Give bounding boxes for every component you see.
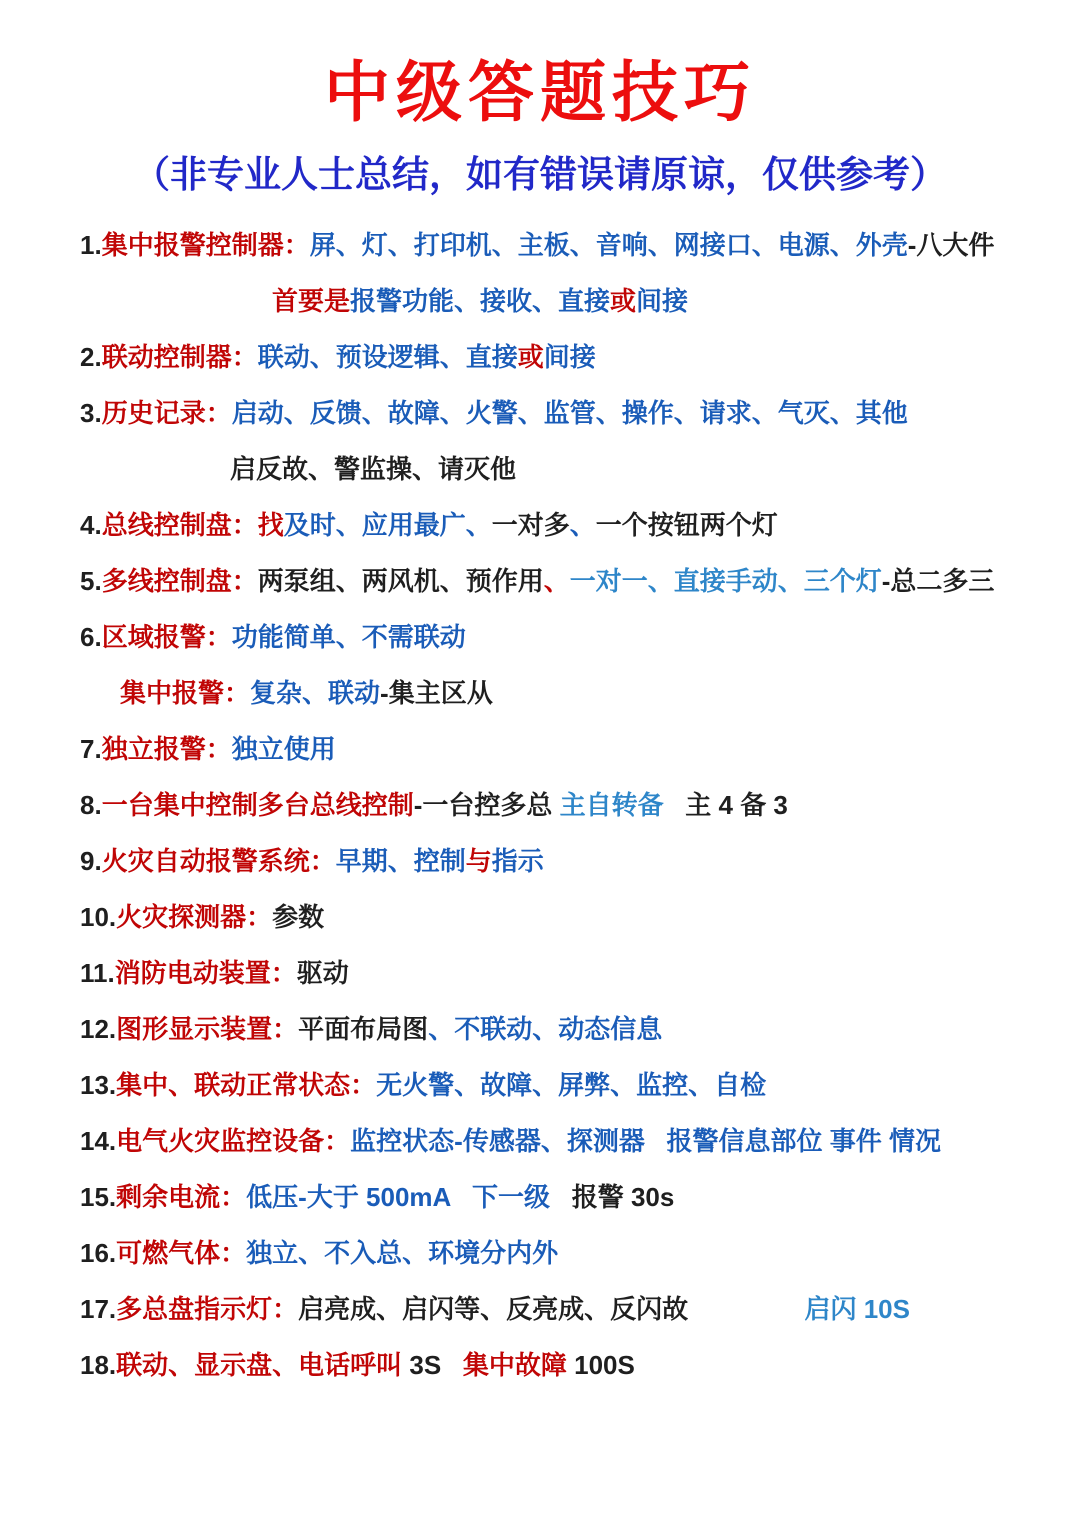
- text-segment: 启动、反馈、故障、火警、监管、操作、请求、气灭、其他: [232, 398, 908, 428]
- text-segment: 指示: [492, 846, 544, 876]
- text-segment: 剩余电流：: [116, 1182, 246, 1212]
- text-segment: 集中、联动正常状态：: [116, 1070, 376, 1100]
- text-segment: 一台集中控制多台总线控制: [102, 790, 414, 820]
- text-segment: 火灾探测器：: [116, 902, 272, 932]
- text-segment: 独立报警：: [102, 734, 232, 764]
- note-line: 5.多线控制盘：两泵组、两风机、预作用、一对一、直接手动、三个灯-总二多三: [80, 566, 1050, 596]
- page-subtitle: （非专业人士总结，如有错误请原谅，仅供参考）: [0, 155, 1080, 196]
- note-line: 3.历史记录：启动、反馈、故障、火警、监管、操作、请求、气灭、其他: [80, 398, 1050, 428]
- text-segment: -集主区从: [380, 678, 493, 708]
- note-line: 集中报警：复杂、联动-集主区从: [80, 678, 1050, 708]
- note-line: 15.剩余电流：低压-大于 500mA 下一级 报警 30s: [80, 1182, 1050, 1212]
- text-segment: 联动、显示盘、电话呼叫: [116, 1350, 402, 1380]
- text-segment: 独立、不入总、环境分内外: [246, 1238, 558, 1268]
- note-line: 10.火灾探测器：参数: [80, 902, 1050, 932]
- text-segment: 一对多: [492, 510, 570, 540]
- text-segment: 多线控制盘：: [102, 566, 258, 596]
- text-segment: -总二多三: [882, 566, 995, 596]
- text-segment: 驱动: [297, 958, 349, 988]
- note-line: 首要是报警功能、接收、直接或间接: [80, 286, 1050, 316]
- text-segment: 报警功能、接收、直接: [350, 286, 610, 316]
- text-segment: 早期、控制: [336, 846, 466, 876]
- text-segment: 参数: [272, 902, 324, 932]
- text-segment: 间接: [636, 286, 688, 316]
- text-segment: 13.: [80, 1070, 116, 1100]
- text-segment: 5.: [80, 566, 102, 596]
- text-segment: 12.: [80, 1014, 116, 1044]
- text-segment: 低压-大于 500mA 下一级: [246, 1182, 550, 1212]
- text-segment: 集中报警控制器：: [102, 230, 310, 260]
- document-page: 中级答题技巧 （非专业人士总结，如有错误请原谅，仅供参考） 1.集中报警控制器：…: [0, 0, 1080, 1527]
- text-segment: 屏、灯、打印机、主板、音响、网接口、电源、外壳: [310, 230, 908, 260]
- text-segment: 9.: [80, 846, 102, 876]
- text-segment: 15.: [80, 1182, 116, 1212]
- note-line: 1.集中报警控制器：屏、灯、打印机、主板、音响、网接口、电源、外壳-八大件: [80, 230, 1050, 260]
- text-segment: -一台控多总: [414, 790, 560, 820]
- text-segment: 总线控制盘：: [102, 510, 258, 540]
- text-segment: 一个按钮两个灯: [596, 510, 778, 540]
- text-segment: 一对一、直接手动、三个灯: [570, 566, 882, 596]
- note-line: 14.电气火灾监控设备：监控状态-传感器、探测器 报警信息部位 事件 情况: [80, 1126, 1050, 1156]
- note-line: 2.联动控制器：联动、预设逻辑、直接或间接: [80, 342, 1050, 372]
- text-segment: 平面布局图: [298, 1014, 428, 1044]
- text-segment: 图形显示装置：: [116, 1014, 298, 1044]
- text-segment: 报警 30s: [550, 1182, 674, 1212]
- text-segment: 3S: [402, 1350, 463, 1380]
- note-line: 7.独立报警：独立使用: [80, 734, 1050, 764]
- text-segment: 间接: [544, 342, 596, 372]
- note-line: 12.图形显示装置：平面布局图、不联动、动态信息: [80, 1014, 1050, 1044]
- text-segment: 17.: [80, 1294, 116, 1324]
- text-segment: 可燃气体：: [116, 1238, 246, 1268]
- text-segment: 集中报警：: [120, 678, 250, 708]
- text-segment: 、: [544, 566, 570, 596]
- text-segment: 4.: [80, 510, 102, 540]
- page-title: 中级答题技巧: [0, 58, 1080, 127]
- text-segment: 首要是: [272, 286, 350, 316]
- text-segment: 启闪 10S: [805, 1294, 911, 1324]
- text-segment: 7.: [80, 734, 102, 764]
- text-segment: 2.: [80, 342, 102, 372]
- text-segment: 集中故障: [463, 1350, 567, 1380]
- text-segment: -八大件: [908, 230, 995, 260]
- text-segment: 10.: [80, 902, 116, 932]
- note-line: 启反故、警监操、请灭他: [80, 454, 1050, 484]
- text-segment: 区域报警：: [102, 622, 232, 652]
- text-segment: 100S: [567, 1350, 635, 1380]
- text-segment: 8.: [80, 790, 102, 820]
- text-segment: 主自转备: [560, 790, 664, 820]
- text-segment: 、: [570, 510, 596, 540]
- text-segment: 历史记录：: [102, 398, 232, 428]
- text-segment: 消防电动装置：: [115, 958, 297, 988]
- text-segment: 复杂、联动: [250, 678, 380, 708]
- text-segment: 6.: [80, 622, 102, 652]
- note-line: 6.区域报警：功能简单、不需联动: [80, 622, 1050, 652]
- note-line: 8.一台集中控制多台总线控制-一台控多总 主自转备 主 4 备 3: [80, 790, 1050, 820]
- text-segment: 及时、应用最广、: [284, 510, 492, 540]
- text-segment: 14.: [80, 1126, 116, 1156]
- text-segment: 启反故、警监操、请灭他: [230, 454, 516, 484]
- note-line: 4.总线控制盘：找及时、应用最广、一对多、一个按钮两个灯: [80, 510, 1050, 540]
- text-segment: 无火警、故障、屏弊、监控、自检: [376, 1070, 766, 1100]
- text-segment: 两泵组、两风机、预作用: [258, 566, 544, 596]
- text-segment: 1.: [80, 230, 102, 260]
- note-line: 16.可燃气体：独立、不入总、环境分内外: [80, 1238, 1050, 1268]
- text-segment: 独立使用: [232, 734, 336, 764]
- note-line: 13.集中、联动正常状态：无火警、故障、屏弊、监控、自检: [80, 1070, 1050, 1100]
- text-segment: 报警信息部位 事件 情况: [645, 1126, 941, 1156]
- text-segment: 联动、预设逻辑、直接: [258, 342, 518, 372]
- text-segment: 多总盘指示灯：: [116, 1294, 298, 1324]
- note-line: 9.火灾自动报警系统：早期、控制与指示: [80, 846, 1050, 876]
- note-line: 18.联动、显示盘、电话呼叫 3S 集中故障 100S: [80, 1350, 1050, 1380]
- text-segment: 联动控制器：: [102, 342, 258, 372]
- text-segment: 火灾自动报警系统：: [102, 846, 336, 876]
- text-segment: 18.: [80, 1350, 116, 1380]
- text-segment: 功能简单、不需联动: [232, 622, 466, 652]
- text-segment: 3.: [80, 398, 102, 428]
- text-segment: 11.: [80, 958, 115, 988]
- text-segment: 主 4 备 3: [664, 790, 788, 820]
- note-line: 17.多总盘指示灯：启亮成、启闪等、反亮成、反闪故启闪 10S: [80, 1294, 1050, 1324]
- text-segment: 或: [518, 342, 544, 372]
- text-segment: 、不联动、动态信息: [428, 1014, 662, 1044]
- note-line: 11.消防电动装置：驱动: [80, 958, 1050, 988]
- text-segment: 启亮成、启闪等、反亮成、反闪故: [298, 1294, 688, 1324]
- text-segment: 电气火灾监控设备：: [116, 1126, 350, 1156]
- text-segment: 与: [466, 846, 492, 876]
- text-segment: 或: [610, 286, 636, 316]
- notes-list: 1.集中报警控制器：屏、灯、打印机、主板、音响、网接口、电源、外壳-八大件首要是…: [80, 230, 1050, 1380]
- text-segment: 找: [258, 510, 284, 540]
- text-segment: 16.: [80, 1238, 116, 1268]
- text-segment: 监控状态-传感器、探测器: [350, 1126, 645, 1156]
